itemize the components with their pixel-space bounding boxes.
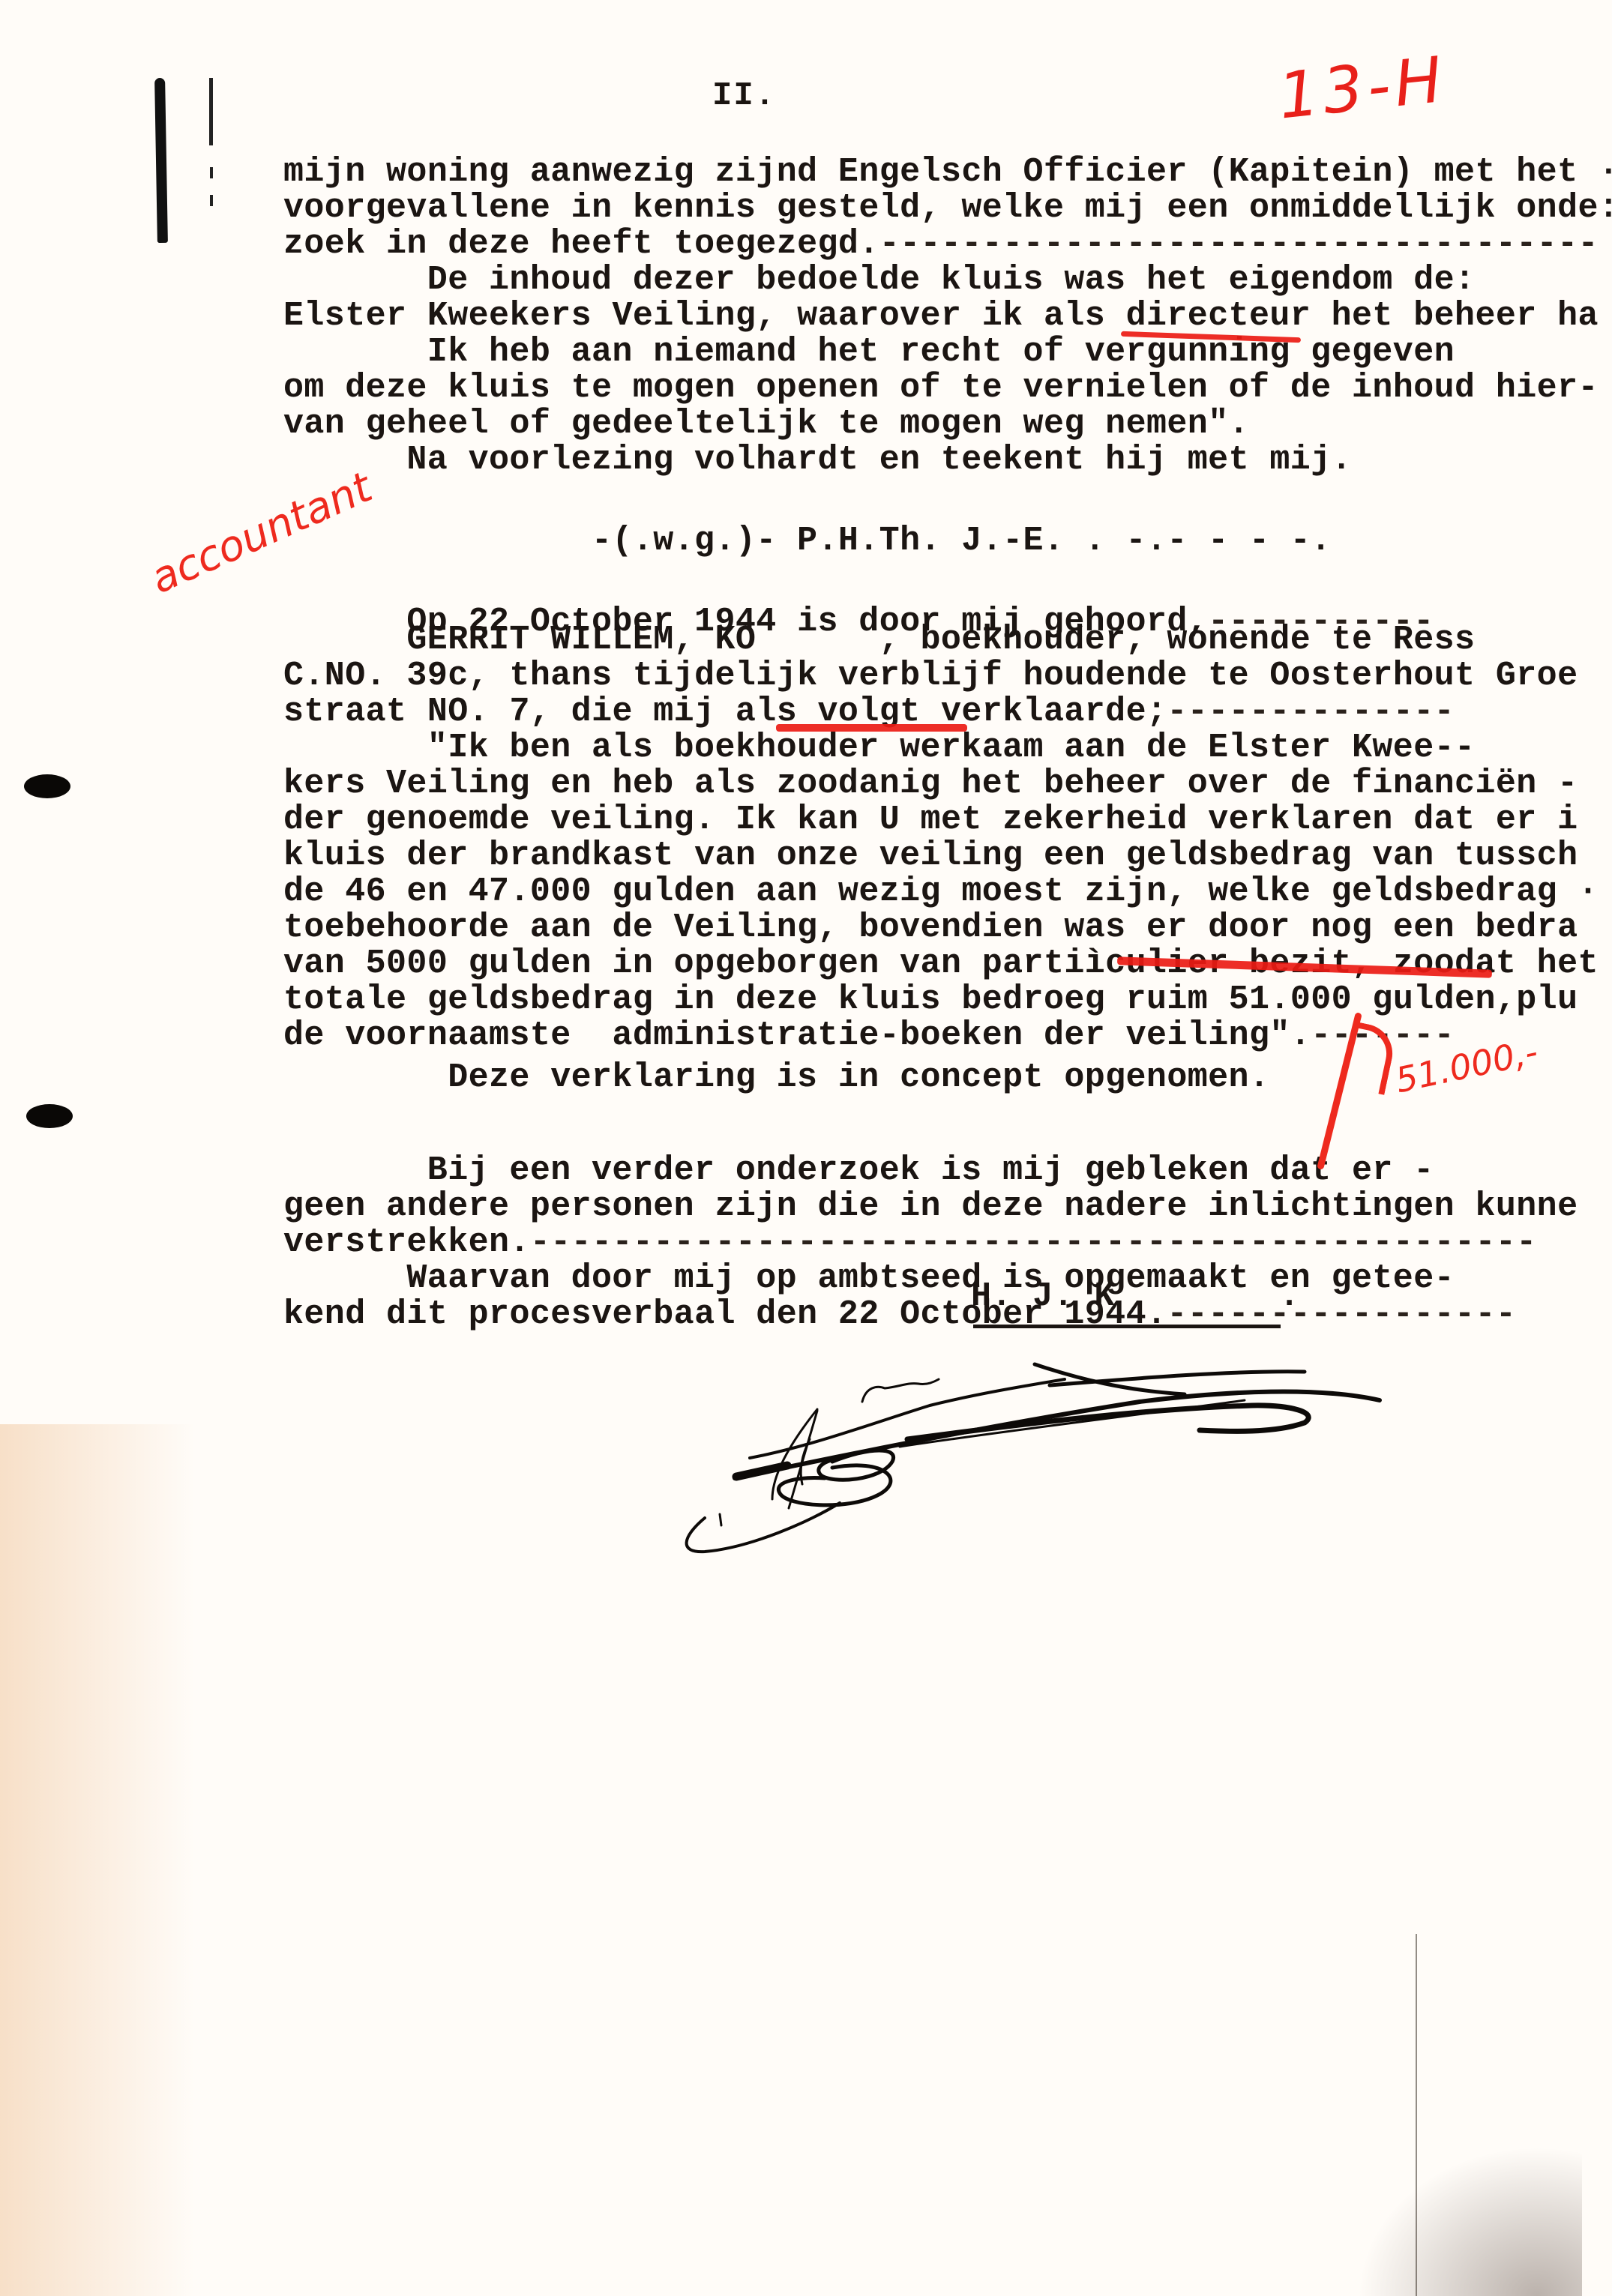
typed-line: kers Veiling en heb als zoodanig het beh…: [283, 766, 1578, 802]
typed-line: Bij een verder onderzoek is mij gebleken…: [427, 1153, 1434, 1189]
reference-annotation: 13-H: [1275, 43, 1449, 133]
typed-text: om deze kluis te mogen openen of te vern…: [283, 369, 1599, 407]
scan-shadow: [1357, 2146, 1582, 2296]
red-underline-boekhouder: [776, 724, 967, 732]
typed-line: C.NO. 39c, thans tijdelijk verblijf houd…: [283, 658, 1578, 694]
scan-artifact-line: [1416, 1934, 1417, 2296]
typed-text: der genoemde veiling. Ik kan U met zeker…: [283, 801, 1578, 839]
typed-text: -(.w.g.)- P.H.Th. J.-E. . -.- - - -.: [592, 522, 1332, 560]
margin-line-mark: [210, 195, 213, 206]
typed-text: C.NO. 39c, thans tijdelijk verblijf houd…: [283, 657, 1578, 695]
typed-line: Elster Kweekers Veiling, waarover ik als…: [283, 298, 1599, 334]
margin-line-mark: [210, 167, 213, 178]
typed-line: Deze verklaring is in concept opgenomen.: [448, 1060, 1269, 1096]
typed-line: van 5000 gulden in opgeborgen van partiì…: [283, 946, 1599, 982]
typed-line: De inhoud dezer bedoelde kluis was het e…: [427, 262, 1476, 298]
typed-text: geen andere personen zijn die in deze na…: [283, 1187, 1578, 1226]
typed-text: zoek in deze heeft toegezegd.: [283, 225, 879, 263]
typed-line: totale geldsbedrag in deze kluis bedroeg…: [283, 982, 1578, 1018]
typed-text: Na voorlezing volhardt en teekent hij me…: [406, 441, 1352, 479]
typed-line: van geheel of gedeeltelijk te mogen weg …: [283, 406, 1249, 442]
typed-text: totale geldsbedrag in deze kluis bedroeg…: [283, 980, 1578, 1019]
paper-discoloration: [0, 1424, 195, 2296]
typed-text: van 5000 gulden in opgeborgen van partiì…: [283, 944, 1599, 983]
punch-hole-icon: [26, 1104, 73, 1128]
page-number: II.: [712, 77, 776, 115]
dash-filler: --------------: [1167, 693, 1455, 731]
typed-line: -(.w.g.)- P.H.Th. J.-E. . -.- - - -.: [592, 523, 1332, 559]
signatory-underline: [973, 1325, 1281, 1328]
typed-line: kluis der brandkast van onze veiling een…: [283, 838, 1578, 874]
typed-text: kers Veiling en heb als zoodanig het beh…: [283, 765, 1578, 803]
typed-text: De inhoud dezer bedoelde kluis was het e…: [427, 261, 1476, 299]
typed-line: zoek in deze heeft toegezegd.-----------…: [283, 226, 1599, 262]
typed-line: de voornaamste administratie-boeken der …: [283, 1018, 1455, 1054]
typed-line: verstrekken.----------------------------…: [283, 1225, 1537, 1261]
typed-text: straat NO. 7, die mij als volgt verklaar…: [283, 693, 1167, 731]
typed-line: "Ik ben als boekhouder werkaam aan de El…: [427, 730, 1476, 766]
typed-text: toebehoorde aan de Veiling, bovendien wa…: [283, 909, 1578, 947]
margin-staple-mark: [154, 78, 168, 243]
typed-line: mijn woning aanwezig zijnd Engelsch Offi…: [283, 154, 1612, 190]
typed-text: de 46 en 47.000 gulden aan wezig moest z…: [283, 873, 1599, 911]
typed-line: der genoemde veiling. Ik kan U met zeker…: [283, 802, 1578, 838]
signatory-name: H. J. K .: [971, 1279, 1299, 1315]
margin-line-mark: [209, 78, 213, 145]
typed-line: GERRIT WILLEM, KO , boekhouder, wonende …: [406, 622, 1475, 658]
dash-filler: -----------------------------------: [879, 225, 1599, 263]
typed-line: om deze kluis te mogen openen of te vern…: [283, 370, 1599, 406]
typed-text: GERRIT WILLEM, KO , boekhouder, wonende …: [406, 621, 1475, 659]
typed-line: Na voorlezing volhardt en teekent hij me…: [406, 442, 1352, 478]
typed-text: Elster Kweekers Veiling, waarover ik als…: [283, 297, 1599, 335]
margin-note-accountant: accountant: [144, 463, 379, 603]
typed-text: "Ik ben als boekhouder werkaam aan de El…: [427, 729, 1476, 767]
handwritten-signature: [660, 1334, 1485, 1582]
typed-text: voorgevallene in kennis gesteld, welke m…: [283, 189, 1612, 227]
typed-line: de 46 en 47.000 gulden aan wezig moest z…: [283, 874, 1599, 910]
typed-line: geen andere personen zijn die in deze na…: [283, 1189, 1578, 1225]
typed-text: Bij een verder onderzoek is mij gebleken…: [427, 1151, 1434, 1190]
typed-text: van geheel of gedeeltelijk te mogen weg …: [283, 405, 1249, 443]
dash-filler: ----------------------------------------…: [530, 1223, 1537, 1262]
typed-line: kend dit procesverbaal den 22 October 19…: [283, 1297, 1516, 1333]
typed-text: de voornaamste administratie-boeken der …: [283, 1016, 1311, 1055]
typed-text: verstrekken.: [283, 1223, 530, 1262]
typed-line: voorgevallene in kennis gesteld, welke m…: [283, 190, 1612, 226]
typed-text: Deze verklaring is in concept opgenomen.: [448, 1058, 1269, 1097]
typed-text: kluis der brandkast van onze veiling een…: [283, 837, 1578, 875]
punch-hole-icon: [24, 774, 70, 798]
typed-line: toebehoorde aan de Veiling, bovendien wa…: [283, 910, 1578, 946]
typed-text: mijn woning aanwezig zijnd Engelsch Offi…: [283, 153, 1612, 191]
